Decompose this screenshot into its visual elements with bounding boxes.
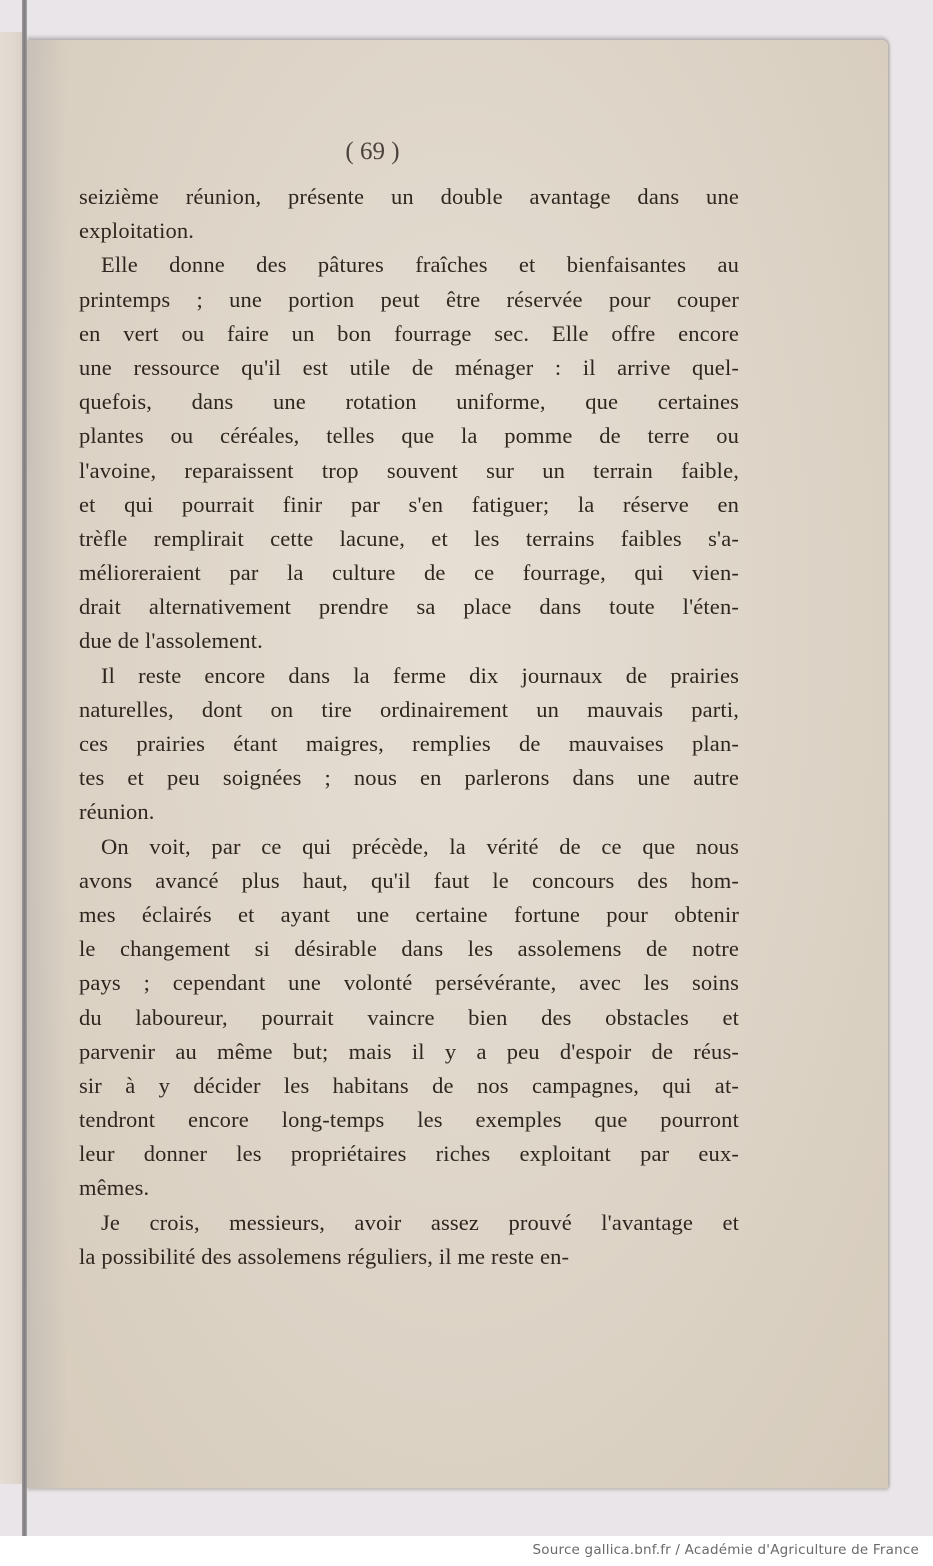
paragraph: Elle donne des pâtures fraîches et bienf… <box>79 248 739 658</box>
text-line: parvenir au même but; mais il y a peu d'… <box>79 1035 739 1069</box>
book-page: ( 69 ) seizième réunion, présente un dou… <box>27 40 888 1488</box>
text-line: printemps ; une portion peut être réserv… <box>79 283 739 317</box>
text-line: en vert ou faire un bon fourrage sec. El… <box>79 317 739 351</box>
text-line: tes et peu soignées ; nous en parlerons … <box>79 761 739 795</box>
paragraph: seizième réunion, présente un double ava… <box>79 180 739 248</box>
page-body-text: seizième réunion, présente un double ava… <box>79 180 739 1274</box>
text-line: du laboureur, pourrait vaincre bien des … <box>79 1001 739 1035</box>
page-number: ( 69 ) <box>0 138 803 166</box>
text-line: une ressource qu'il est utile de ménager… <box>79 351 739 385</box>
paragraph: Je crois, messieurs, avoir assez prouvé … <box>79 1206 739 1274</box>
text-line: leur donner les propriétaires riches exp… <box>79 1137 739 1171</box>
paragraph: On voit, par ce qui précède, la vérité d… <box>79 830 739 1206</box>
text-line: et qui pourrait finir par s'en fatiguer;… <box>79 488 739 522</box>
text-line: mêmes. <box>79 1171 739 1205</box>
text-line: Elle donne des pâtures fraîches et bienf… <box>79 248 739 282</box>
paragraph: Il reste encore dans la ferme dix journa… <box>79 659 739 830</box>
text-line: trèfle remplirait cette lacune, et les t… <box>79 522 739 556</box>
text-line: pays ; cependant une volonté persévérant… <box>79 966 739 1000</box>
text-line: seizième réunion, présente un double ava… <box>79 180 739 214</box>
text-line: naturelles, dont on tire ordinairement u… <box>79 693 739 727</box>
text-line: tendront encore long-temps les exemples … <box>79 1103 739 1137</box>
text-line: avons avancé plus haut, qu'il faut le co… <box>79 864 739 898</box>
text-line: réunion. <box>79 795 739 829</box>
text-line: Il reste encore dans la ferme dix journa… <box>79 659 739 693</box>
text-line: exploitation. <box>79 214 739 248</box>
text-line: l'avoine, reparaissent trop souvent sur … <box>79 454 739 488</box>
text-line: sir à y décider les habitans de nos camp… <box>79 1069 739 1103</box>
text-line: Je crois, messieurs, avoir assez prouvé … <box>79 1206 739 1240</box>
text-line: mélioreraient par la culture de ce fourr… <box>79 556 739 590</box>
text-line: On voit, par ce qui précède, la vérité d… <box>79 830 739 864</box>
text-line: la possibilité des assolemens réguliers,… <box>79 1240 739 1274</box>
text-line: plantes ou céréales, telles que la pomme… <box>79 419 739 453</box>
text-line: due de l'assolement. <box>79 624 739 658</box>
text-line: le changement si désirable dans les asso… <box>79 932 739 966</box>
text-line: mes éclairés et ayant une certaine fortu… <box>79 898 739 932</box>
text-line: quefois, dans une rotation uniforme, que… <box>79 385 739 419</box>
source-attribution: Source gallica.bnf.fr / Académie d'Agric… <box>533 1542 920 1558</box>
text-line: drait alternativement prendre sa place d… <box>79 590 739 624</box>
text-line: ces prairies étant maigres, remplies de … <box>79 727 739 761</box>
